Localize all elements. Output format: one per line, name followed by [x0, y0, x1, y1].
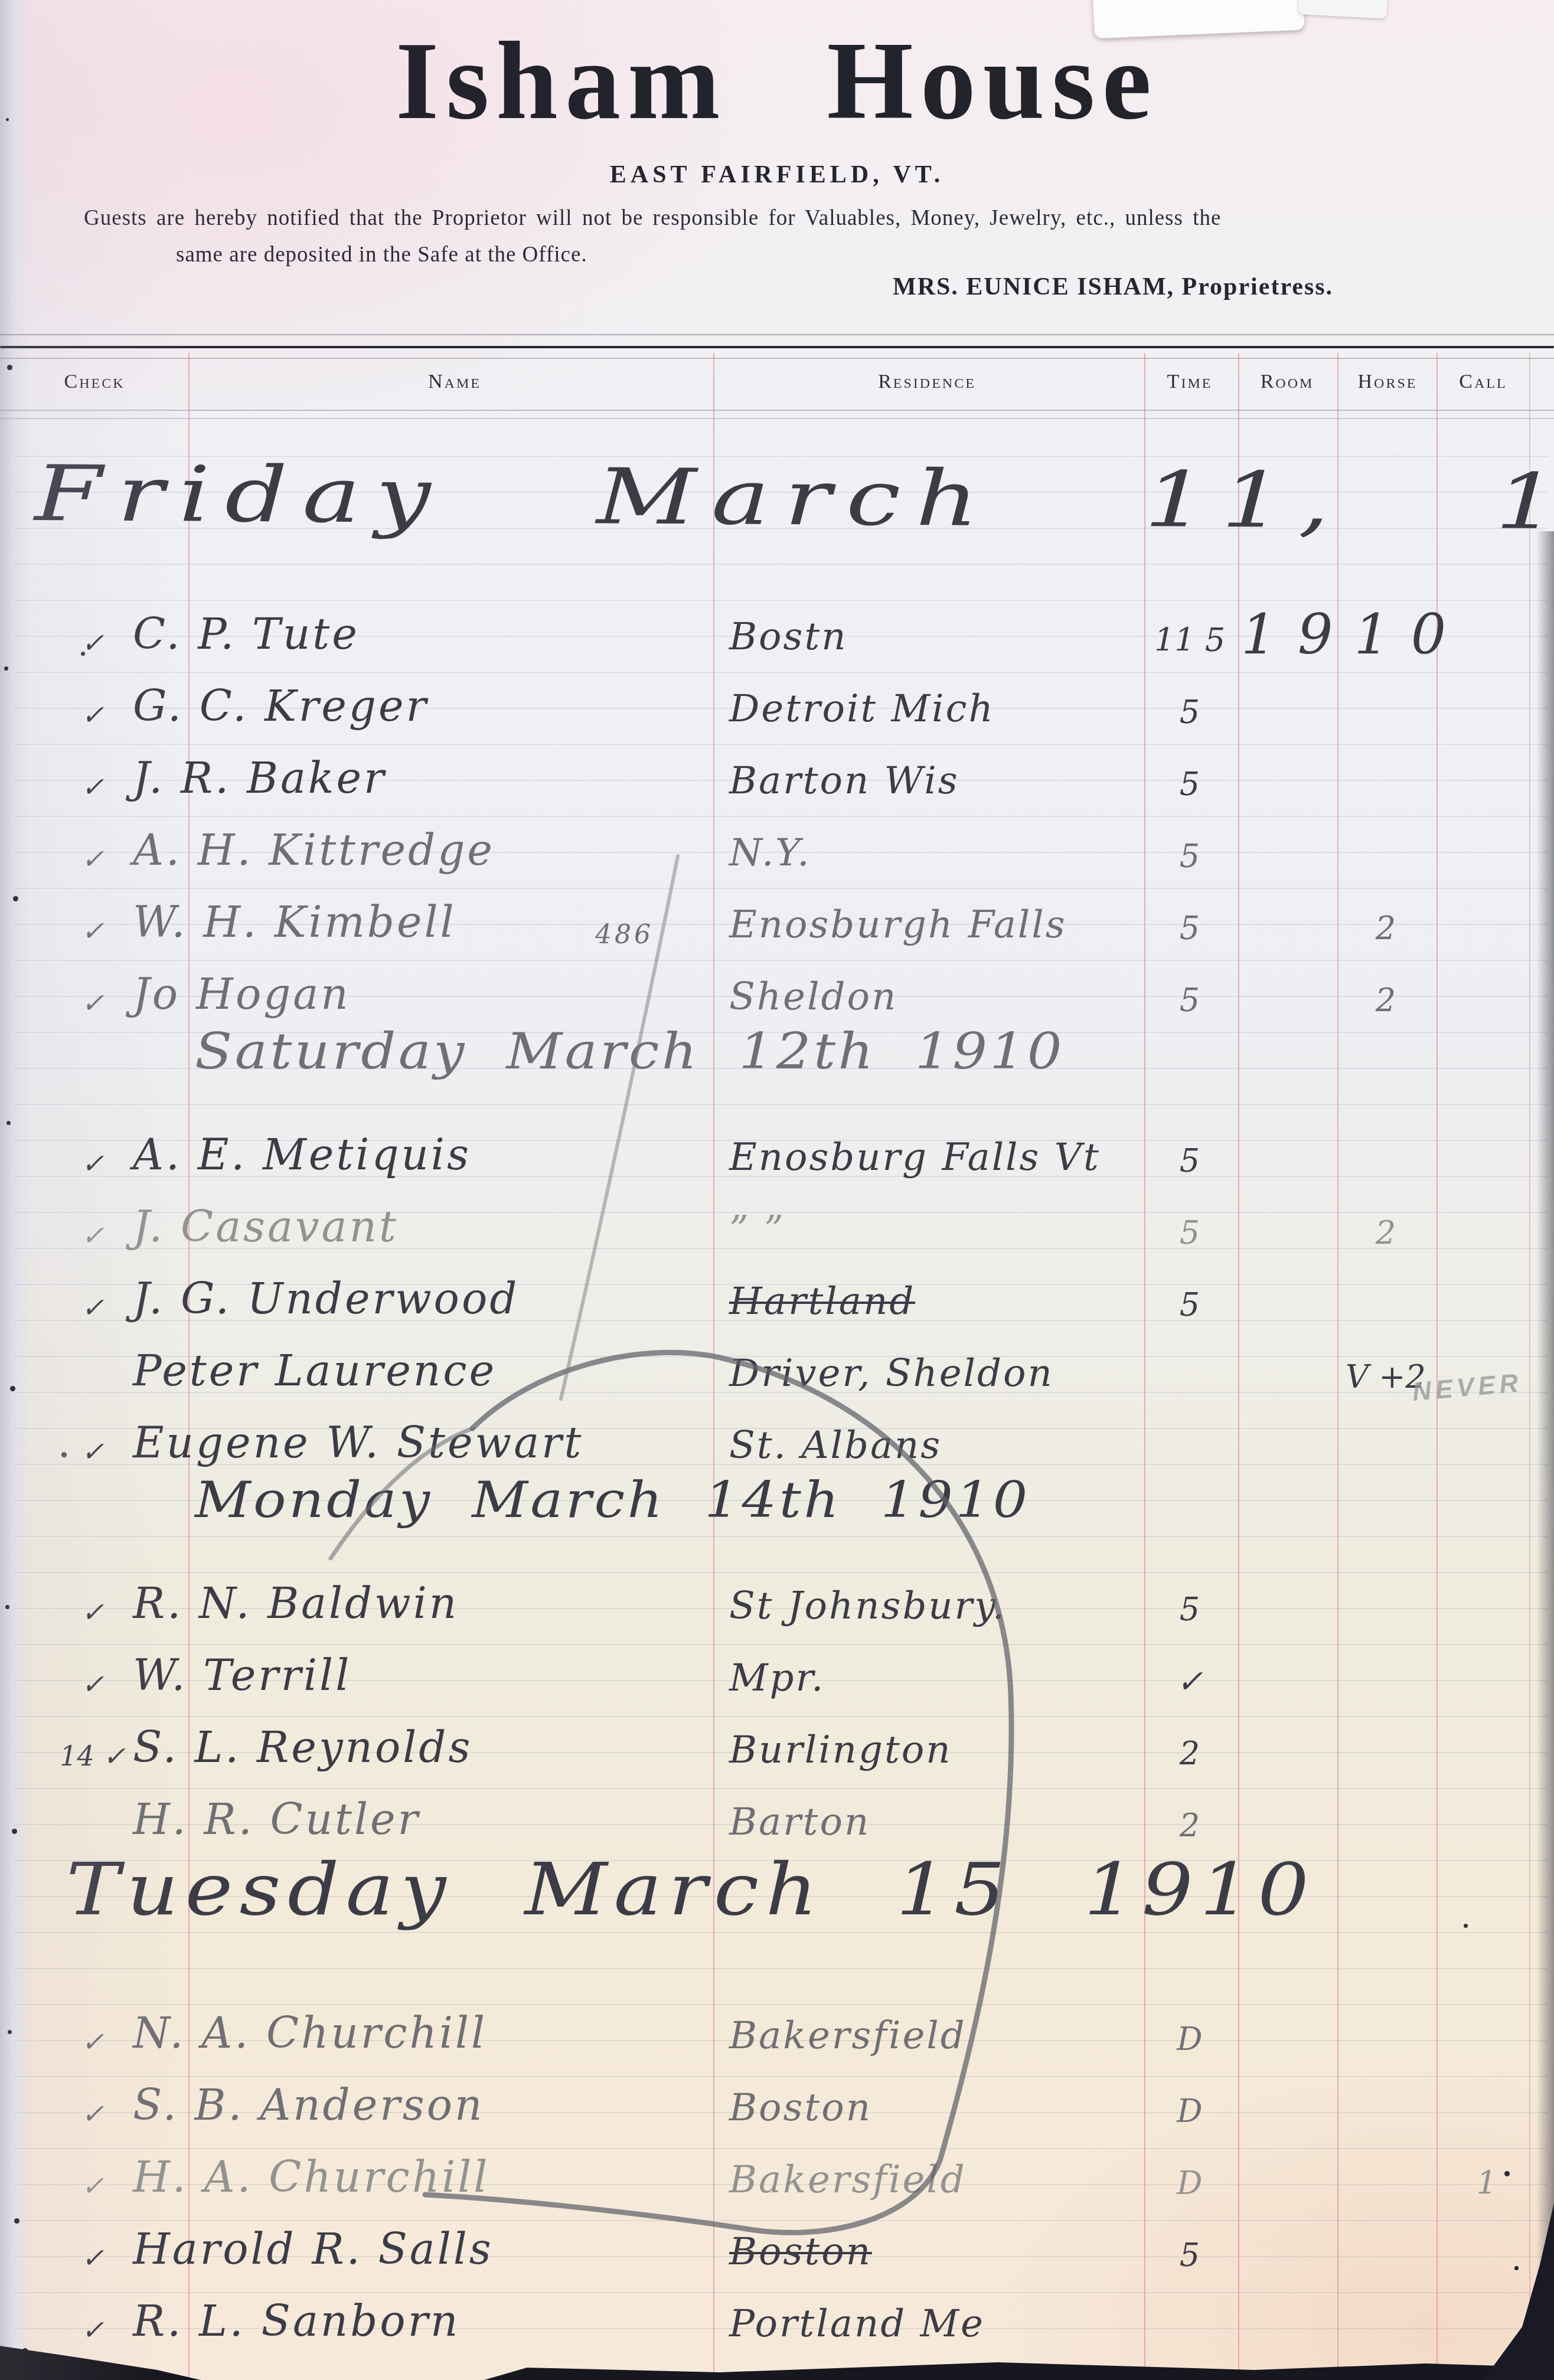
- register-entry: ✓J. Casavant” ”52: [0, 1183, 1554, 1255]
- horse-cell: 2: [1333, 982, 1438, 1019]
- register-entry: ✓R. N. BaldwinSt Johnsbury.5: [0, 1560, 1554, 1632]
- room-number-note: 486: [595, 920, 654, 950]
- name-cell: S. B. Anderson: [133, 2080, 484, 2130]
- name-cell: R. N. Baldwin: [133, 1578, 459, 1628]
- name-cell: J. Casavant: [133, 1202, 399, 1251]
- time-cell: D: [1140, 2165, 1240, 2202]
- name-cell: A. E. Metiquis: [133, 1130, 471, 1179]
- header-rule: [0, 410, 1554, 411]
- check-cell: ✓: [54, 1220, 131, 1251]
- register-entry: 14 ✓S. L. ReynoldsBurlington2: [0, 1704, 1554, 1776]
- residence-cell: N.Y.: [729, 831, 811, 875]
- check-cell: ✓: [54, 1596, 131, 1628]
- register-entry: ✓Jo Hogan486Sheldon52: [0, 950, 1554, 1022]
- register-entry: ✓C. P. TuteBostn11 51910: [0, 590, 1554, 662]
- residence-cell: ” ”: [729, 1208, 785, 1251]
- day-heading: Monday March 14th 1910: [195, 1471, 1030, 1529]
- name-cell: W. H. Kimbell: [133, 897, 456, 947]
- page-edge-right: [1536, 531, 1554, 2380]
- residence-cell: Boston: [729, 2086, 872, 2130]
- residence-cell: Barton Wis: [729, 759, 959, 803]
- residence-cell: Hartland: [729, 1280, 915, 1323]
- check-cell: ✓: [54, 2170, 131, 2202]
- name-cell: J. G. Underwood: [133, 1274, 519, 1323]
- residence-cell: St Johnsbury.: [729, 1584, 1006, 1628]
- day-heading: Friday March 11, 1910: [34, 449, 1554, 548]
- ledger-page: Isham House EAST FAIRFIELD, VT. Guests a…: [0, 0, 1554, 2380]
- horse-cell: 2: [1333, 1214, 1438, 1251]
- time-cell: 5: [1140, 1286, 1240, 1323]
- name-cell: Eugene W. Stewart: [133, 1418, 583, 1467]
- call-cell: 1: [1436, 2165, 1537, 2202]
- check-cell: ✓: [54, 1292, 131, 1323]
- notice-line-1: Guests are hereby notified that the Prop…: [84, 205, 1221, 231]
- residence-cell: Bostn: [729, 615, 847, 659]
- name-cell: A. H. Kittredge: [133, 825, 495, 875]
- name-cell: R. L. Sanborn: [133, 2296, 460, 2346]
- header-rule: [0, 418, 1554, 419]
- name-cell: W. Terrill: [133, 1650, 351, 1700]
- time-cell: 11 5: [1140, 622, 1240, 659]
- register-entry: ✓R. L. SanbornPortland Me: [0, 2277, 1554, 2349]
- name-cell: N. A. Churchill: [133, 2008, 487, 2058]
- check-cell: ✓: [54, 627, 131, 659]
- horse-cell: 2: [1333, 910, 1438, 947]
- check-cell: ✓: [54, 2098, 131, 2130]
- residence-cell: St. Albans: [729, 1424, 942, 1467]
- register-entry: ✓W. H. KimbellEnosburgh Falls52: [0, 878, 1554, 950]
- time-cell: 5: [1140, 982, 1240, 1019]
- check-cell: ✓: [54, 2242, 131, 2274]
- binding-shadow: [484, 2350, 1554, 2380]
- check-cell: ✓: [54, 843, 131, 875]
- name-cell: Harold R. Salls: [133, 2224, 494, 2274]
- column-header-call: Call: [1459, 371, 1507, 393]
- residence-cell: Driver, Sheldon: [729, 1352, 1054, 1395]
- register-entry: ✓W. TerrillMpr.✓: [0, 1632, 1554, 1704]
- register-entry: ✓S. B. AndersonBostonD: [0, 2061, 1554, 2133]
- check-cell: ✓: [54, 2314, 131, 2346]
- column-header-residence: Residence: [878, 371, 976, 393]
- day-heading: Tuesday March 15 1910: [66, 1848, 1315, 1931]
- register-entry: ✓N. A. ChurchillBakersfieldD: [0, 1989, 1554, 2061]
- name-cell: J. R. Baker: [133, 753, 387, 803]
- residence-cell: Enosburg Falls Vt: [729, 1136, 1101, 1179]
- residence-cell: Mpr.: [729, 1656, 825, 1700]
- residence-cell: Burlington: [729, 1728, 952, 1772]
- check-cell: ✓: [54, 771, 131, 803]
- time-cell: ✓: [1140, 1663, 1240, 1700]
- register-entry: Peter LaurenceDriver, SheldonV +2: [0, 1327, 1554, 1399]
- name-cell: Jo Hogan: [133, 969, 351, 1019]
- room-cell: 1910: [1241, 603, 1467, 667]
- hotel-location: EAST FAIRFIELD, VT.: [0, 161, 1554, 189]
- day-heading: Saturday March 12th 1910: [195, 1022, 1065, 1080]
- time-cell: 5: [1140, 694, 1240, 731]
- column-header-room: Room: [1261, 371, 1314, 393]
- check-cell: ✓: [54, 699, 131, 731]
- register-entry: ✓A. H. KittredgeN.Y.5: [0, 806, 1554, 878]
- residence-cell: Boston: [729, 2230, 872, 2274]
- time-cell: 5: [1140, 910, 1240, 947]
- residence-cell: Detroit Mich: [729, 687, 995, 731]
- time-cell: D: [1140, 2093, 1240, 2130]
- proprietress-line: MRS. EUNICE ISHAM, Proprietress.: [893, 273, 1333, 301]
- residence-cell: Sheldon: [729, 975, 897, 1019]
- header-rule: [0, 334, 1554, 335]
- check-cell: ✓: [54, 1436, 131, 1467]
- column-header-check: Check: [64, 371, 125, 393]
- time-cell: 5: [1140, 1591, 1240, 1628]
- column-header-horse: Horse: [1358, 371, 1418, 393]
- register-entry: ✓J. G. UnderwoodHartland5: [0, 1255, 1554, 1327]
- notice-line-2: same are deposited in the Safe at the Of…: [176, 242, 587, 267]
- register-entry: ✓J. R. BakerBarton Wis5: [0, 734, 1554, 806]
- time-cell: 5: [1140, 1142, 1240, 1179]
- check-cell: ✓: [54, 1668, 131, 1700]
- time-cell: 5: [1140, 838, 1240, 875]
- name-cell: H. R. Cutler: [133, 1794, 420, 1844]
- name-cell: G. C. Kreger: [133, 681, 429, 731]
- register-entry: H. R. CutlerBarton2: [0, 1776, 1554, 1848]
- name-cell: Peter Laurence: [133, 1346, 497, 1395]
- residence-cell: Barton: [729, 1800, 870, 1844]
- time-cell: D: [1140, 2021, 1240, 2058]
- name-cell: S. L. Reynolds: [133, 1722, 472, 1772]
- hotel-title: Isham House: [0, 17, 1554, 145]
- check-cell: ✓: [54, 987, 131, 1019]
- check-cell: ✓: [54, 1147, 131, 1179]
- time-cell: 5: [1140, 1214, 1240, 1251]
- time-cell: 2: [1140, 1735, 1240, 1772]
- time-cell: 2: [1140, 1807, 1240, 1844]
- time-cell: 5: [1140, 766, 1240, 803]
- register-entry: ✓Eugene W. StewartSt. Albans: [0, 1399, 1554, 1471]
- residence-cell: Bakersfield: [729, 2158, 967, 2202]
- check-cell: 14 ✓: [54, 1740, 131, 1772]
- register-entry: ✓Harold R. SallsBoston5: [0, 2205, 1554, 2277]
- residence-cell: Bakersfield: [729, 2014, 967, 2058]
- column-header-name: Name: [428, 371, 481, 393]
- header-rule: [0, 358, 1554, 359]
- time-cell: 5: [1140, 2237, 1240, 2274]
- register-entry: ✓H. A. ChurchillBakersfieldD1: [0, 2133, 1554, 2205]
- register-entry: ✓G. C. KregerDetroit Mich5: [0, 662, 1554, 734]
- name-cell: H. A. Churchill: [133, 2152, 489, 2202]
- name-cell: C. P. Tute: [133, 609, 360, 659]
- residence-cell: Enosburgh Falls: [729, 903, 1067, 947]
- check-cell: ✓: [54, 915, 131, 947]
- paper-speckles: [6, 118, 9, 121]
- check-cell: ✓: [54, 2026, 131, 2058]
- header-rule: [0, 346, 1554, 348]
- residence-cell: Portland Me: [729, 2302, 985, 2346]
- register-entry: ✓A. E. MetiquisEnosburg Falls Vt5: [0, 1111, 1554, 1183]
- column-header-time: Time: [1167, 371, 1213, 393]
